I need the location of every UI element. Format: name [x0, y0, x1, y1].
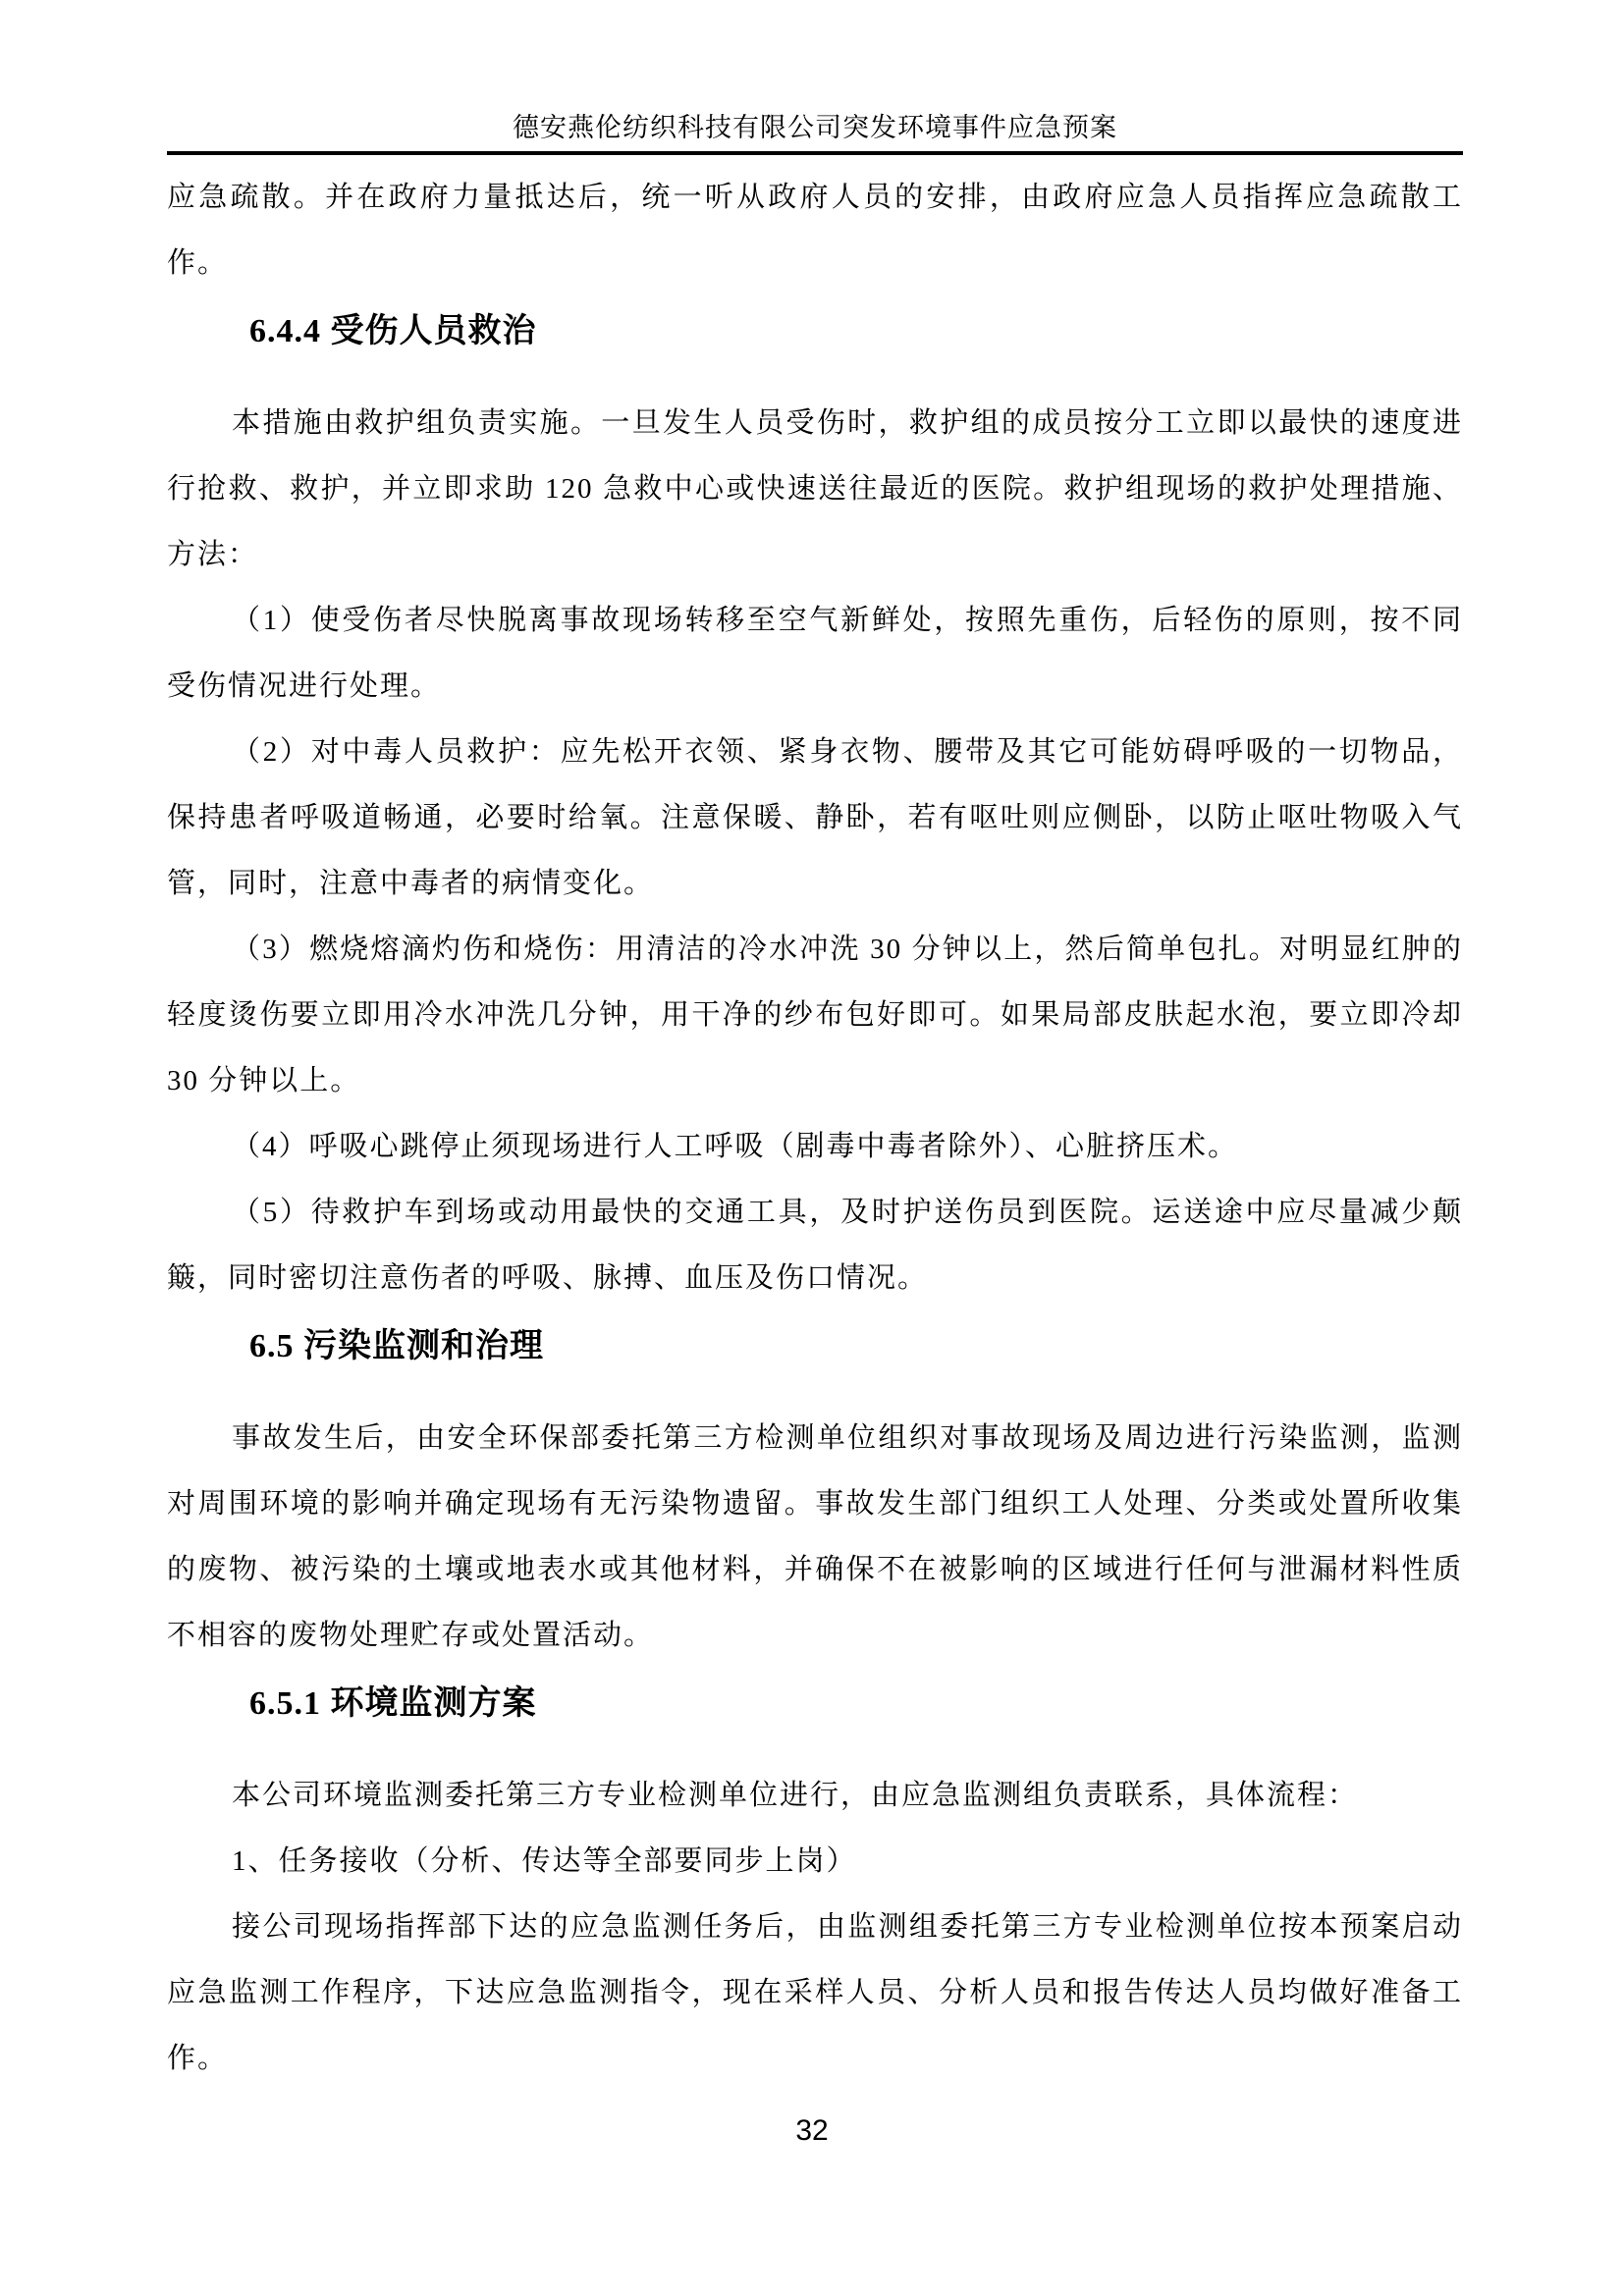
document-body: 应急疏散。并在政府力量抵达后，统一听从政府人员的安排，由政府应急人员指挥应急疏散… — [167, 155, 1463, 2092]
document-page: 德安燕伦纺织科技有限公司突发环境事件应急预案 应急疏散。并在政府力量抵达后，统一… — [0, 0, 1624, 2296]
paragraph-rescue-intro: 本措施由救护组负责实施。一旦发生人员受伤时，救护组的成员按分工立即以最快的速度进… — [167, 391, 1463, 588]
paragraph-task-flow: 接公司现场指挥部下达的应急监测任务后，由监测组委托第三方专业检测单位按本预案启动… — [167, 1895, 1463, 2092]
section-heading-6-5-1: 6.5.1 环境监测方案 — [249, 1675, 1463, 1734]
paragraph-item-3: （3）燃烧熔滴灼伤和烧伤：用清洁的冷水冲洗 30 分钟以上，然后简单包扎。对明显… — [167, 917, 1463, 1114]
paragraph-item-2: （2）对中毒人员救护：应先松开衣领、紧身衣物、腰带及其它可能妨碍呼吸的一切物品，… — [167, 720, 1463, 917]
page-number: 32 — [0, 2115, 1624, 2147]
paragraph-monitoring-intro: 本公司环境监测委托第三方专业检测单位进行，由应急监测组负责联系，具体流程： — [167, 1763, 1463, 1829]
section-heading-6-5: 6.5 污染监测和治理 — [249, 1317, 1463, 1376]
paragraph-task-receive: 1、任务接收（分析、传达等全部要同步上岗） — [167, 1829, 1463, 1895]
paragraph-evacuation-continuation: 应急疏散。并在政府力量抵达后，统一听从政府人员的安排，由政府应急人员指挥应急疏散… — [167, 165, 1463, 296]
section-heading-6-4-4: 6.4.4 受伤人员救治 — [249, 302, 1463, 361]
paragraph-item-5: （5）待救护车到场或动用最快的交通工具，及时护送伤员到医院。运送途中应尽量减少颠… — [167, 1180, 1463, 1311]
paragraph-item-1: （1）使受伤者尽快脱离事故现场转移至空气新鲜处，按照先重伤，后轻伤的原则，按不同… — [167, 588, 1463, 720]
paragraph-pollution-monitoring: 事故发生后，由安全环保部委托第三方检测单位组织对事故现场及周边进行污染监测，监测… — [167, 1406, 1463, 1669]
header-title: 德安燕伦纺织科技有限公司突发环境事件应急预案 — [167, 112, 1463, 143]
page-header: 德安燕伦纺织科技有限公司突发环境事件应急预案 — [167, 0, 1463, 155]
paragraph-item-4: （4）呼吸心跳停止须现场进行人工呼吸（剧毒中毒者除外）、心脏挤压术。 — [167, 1114, 1463, 1180]
